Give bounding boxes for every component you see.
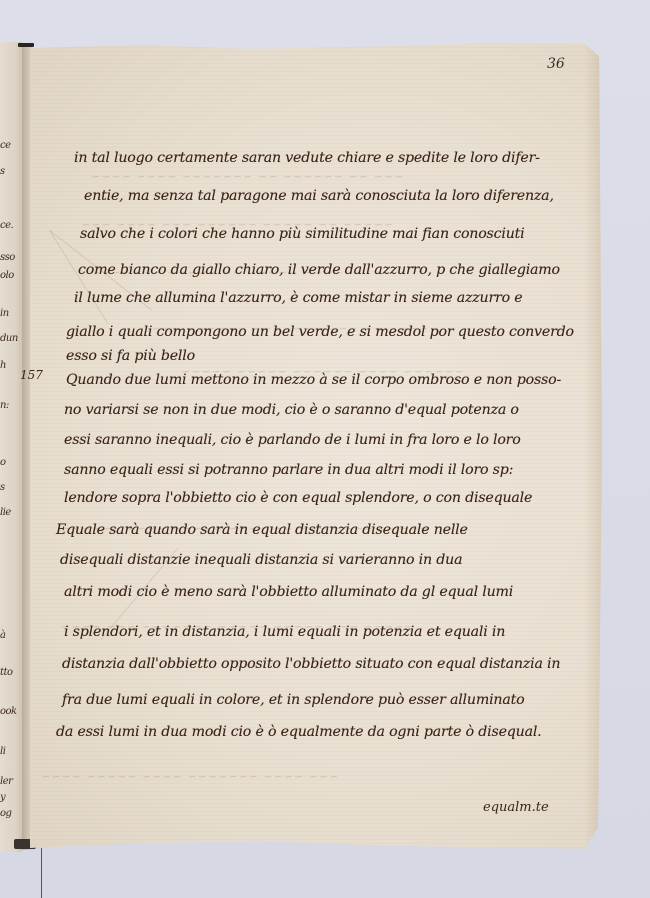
left-page-fragment: ce. — [0, 220, 13, 231]
text-line: distanzia dall'obbietto opposito l'obbie… — [62, 656, 560, 672]
text-line: come bianco da giallo chiaro, il verde d… — [78, 262, 560, 278]
left-page-fragment: lie — [0, 507, 11, 518]
binding-cap-top — [18, 43, 34, 47]
left-page-fragment: ook — [0, 706, 17, 717]
text-line: no variarsi se non in due modi, cio è o … — [64, 402, 519, 418]
left-page-fragment: sso — [0, 252, 15, 263]
text-line: sanno equali essi si potranno parlare in… — [64, 462, 513, 478]
left-page-fragment: s — [0, 166, 5, 177]
text-line: i splendori, et in distanzia, i lumi equ… — [64, 624, 505, 640]
left-page-fragment: s — [0, 482, 5, 493]
text-line: da essi lumi in dua modi cio è ò equalme… — [56, 724, 542, 740]
text-line: salvo che i colori che hanno più similit… — [80, 226, 525, 242]
bleed-through-text: ~~~ ~~ ~~~~~~ ~~ ~~~~~~~ ~~~~ ~~~~ — [90, 170, 403, 183]
text-line: altri modi cio è meno sarà l'obbietto al… — [64, 584, 513, 600]
left-page-fragment: tto — [0, 667, 13, 678]
text-line: essi saranno inequali, cio è parlando de… — [64, 432, 521, 448]
left-page-fragment: dun — [0, 333, 18, 344]
left-page-fragment: o — [0, 457, 6, 468]
left-page-fragment: à — [0, 630, 5, 641]
left-page-fragment: h — [0, 360, 6, 371]
text-line: Quando due lumi mettono in mezzo à se il… — [66, 372, 561, 388]
text-line: entie, ma senza tal paragone mai sarà co… — [84, 188, 554, 204]
text-line: fra due lumi equali in colore, et in spl… — [62, 692, 524, 708]
margin-section-number: 157 — [20, 368, 43, 382]
bleed-through-text: ~~~ ~~~~ ~~~~~~~ ~~~~ ~~~~~ ~~~~ — [40, 770, 338, 783]
previous-page-edge: ce s ce. sso olo in dun h n: o s lie à t… — [0, 42, 22, 852]
text-line: giallo i quali compongono un bel verde, … — [66, 324, 574, 340]
left-page-fragment: og — [0, 808, 11, 819]
folio-number: 36 — [547, 56, 565, 72]
text-line: esso si fa più bello — [66, 348, 195, 364]
binding-thread — [41, 848, 42, 898]
left-page-fragment: y — [0, 792, 5, 803]
left-page-fragment: in — [0, 308, 9, 319]
left-page-fragment: li — [0, 746, 5, 757]
text-line: il lume che allumina l'azzurro, è come m… — [74, 290, 522, 306]
text-line: Equale sarà quando sarà in equal distanz… — [56, 522, 468, 538]
catchword: equalm.te — [483, 800, 549, 815]
text-line: lendore sopra l'obbietto cio è con equal… — [64, 490, 532, 506]
left-page-fragment: ce — [0, 140, 11, 151]
text-line: in tal luogo certamente saran vedute chi… — [74, 150, 540, 166]
text-line: disequali distanzie inequali distanzia s… — [60, 552, 462, 568]
left-page-fragment: ler — [0, 776, 12, 787]
left-page-fragment: n: — [0, 400, 9, 411]
left-page-fragment: olo — [0, 270, 14, 281]
